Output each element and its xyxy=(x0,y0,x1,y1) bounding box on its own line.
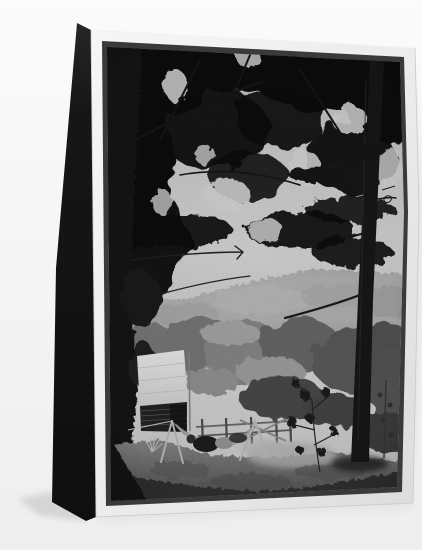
photo xyxy=(60,22,422,506)
framed-artwork xyxy=(0,0,422,550)
photo-grain xyxy=(107,46,405,506)
artwork-canvas xyxy=(0,0,422,550)
